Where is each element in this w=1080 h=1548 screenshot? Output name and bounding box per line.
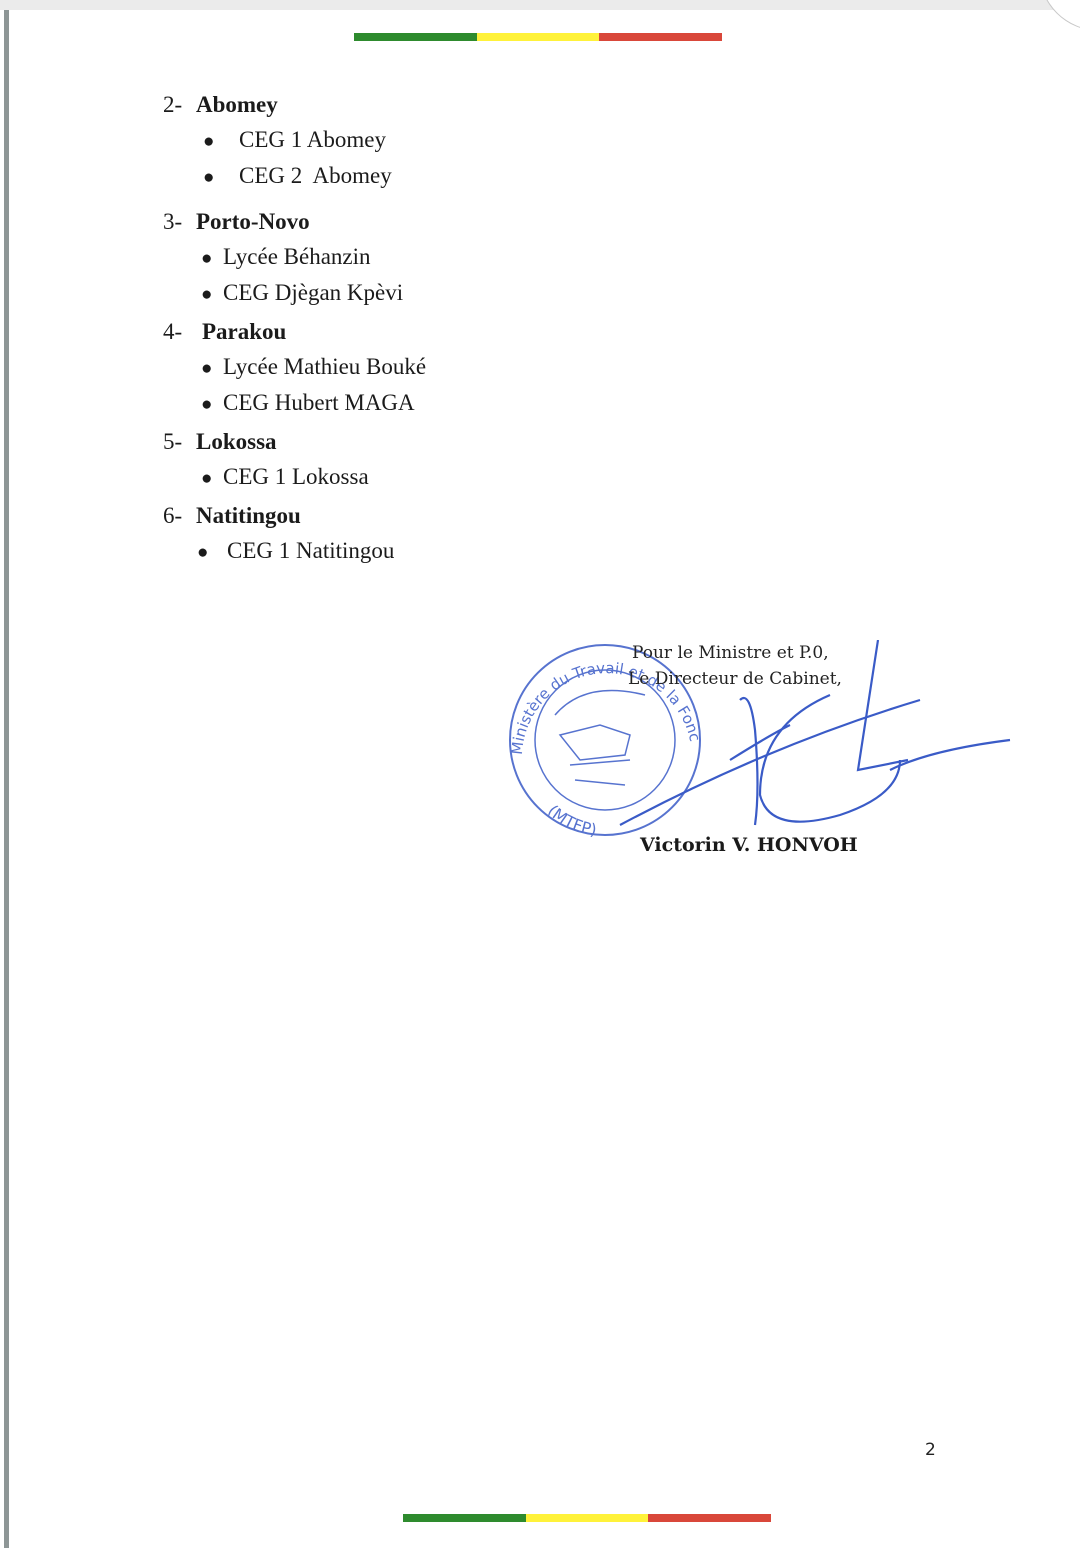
section-porto-novo: 3- Porto-Novo ●Lycée Béhanzin ●CEG Djèga… [163,205,763,311]
viewer-top-strip [0,0,1080,10]
flag-footer-bar [403,1514,771,1522]
section-city: Natitingou [196,499,301,533]
bullet-icon: ● [163,160,239,196]
section-city: Abomey [196,88,278,122]
signature-line-1: Pour le Ministre et P.0, [628,640,928,666]
list-item: ●CEG Hubert MAGA [163,385,763,421]
section-number: 3- [163,205,196,239]
list-item: ●Lycée Mathieu Bouké [163,349,763,385]
page-number: 2 [925,1440,936,1460]
bullet-icon: ● [163,277,223,313]
school-list: 2- Abomey ●CEG 1 Abomey ●CEG 2 Abomey 3-… [163,88,763,569]
list-item: ●CEG 1 Lokossa [163,459,763,495]
list-item: ●CEG 2 Abomey [163,158,763,194]
list-item: ●Lycée Béhanzin [163,239,763,275]
signature-block: Pour le Ministre et P.0, Le Directeur de… [628,640,928,692]
section-lokossa: 5- Lokossa ●CEG 1 Lokossa [163,425,763,495]
section-city: Lokossa [196,425,277,459]
section-number: 2- [163,88,196,122]
flag-green [403,1514,526,1522]
bullet-icon: ● [163,351,223,387]
bullet-icon: ● [163,387,223,423]
svg-text:(MTFP): (MTFP) [544,801,598,839]
bullet-icon: ● [163,535,227,571]
flag-header-bar [354,33,722,41]
stamp-text-bottom: (MTFP) [544,801,598,839]
section-number: 4- [163,315,202,349]
section-parakou: 4- Parakou ●Lycée Mathieu Bouké ●CEG Hub… [163,315,763,421]
bullet-icon: ● [163,124,239,160]
flag-yellow [526,1514,649,1522]
signature-line-2: Le Directeur de Cabinet, [628,666,928,692]
flag-red [648,1514,771,1522]
section-city: Parakou [202,315,286,349]
bullet-icon: ● [163,241,223,277]
list-item: ●CEG Djègan Kpèvi [163,275,763,311]
page-left-edge [4,10,9,1548]
bullet-icon: ● [163,461,223,497]
section-number: 5- [163,425,196,459]
section-natitingou: 6- Natitingou ●CEG 1 Natitingou [163,499,763,569]
signer-name: Victorin V. HONVOH [640,834,858,856]
section-city: Porto-Novo [196,205,310,239]
section-number: 6- [163,499,196,533]
flag-red [599,33,722,41]
flag-green [354,33,477,41]
section-abomey: 2- Abomey ●CEG 1 Abomey ●CEG 2 Abomey [163,88,763,194]
list-item: ●CEG 1 Natitingou [163,533,763,569]
list-item: ●CEG 1 Abomey [163,122,763,158]
flag-yellow [477,33,600,41]
